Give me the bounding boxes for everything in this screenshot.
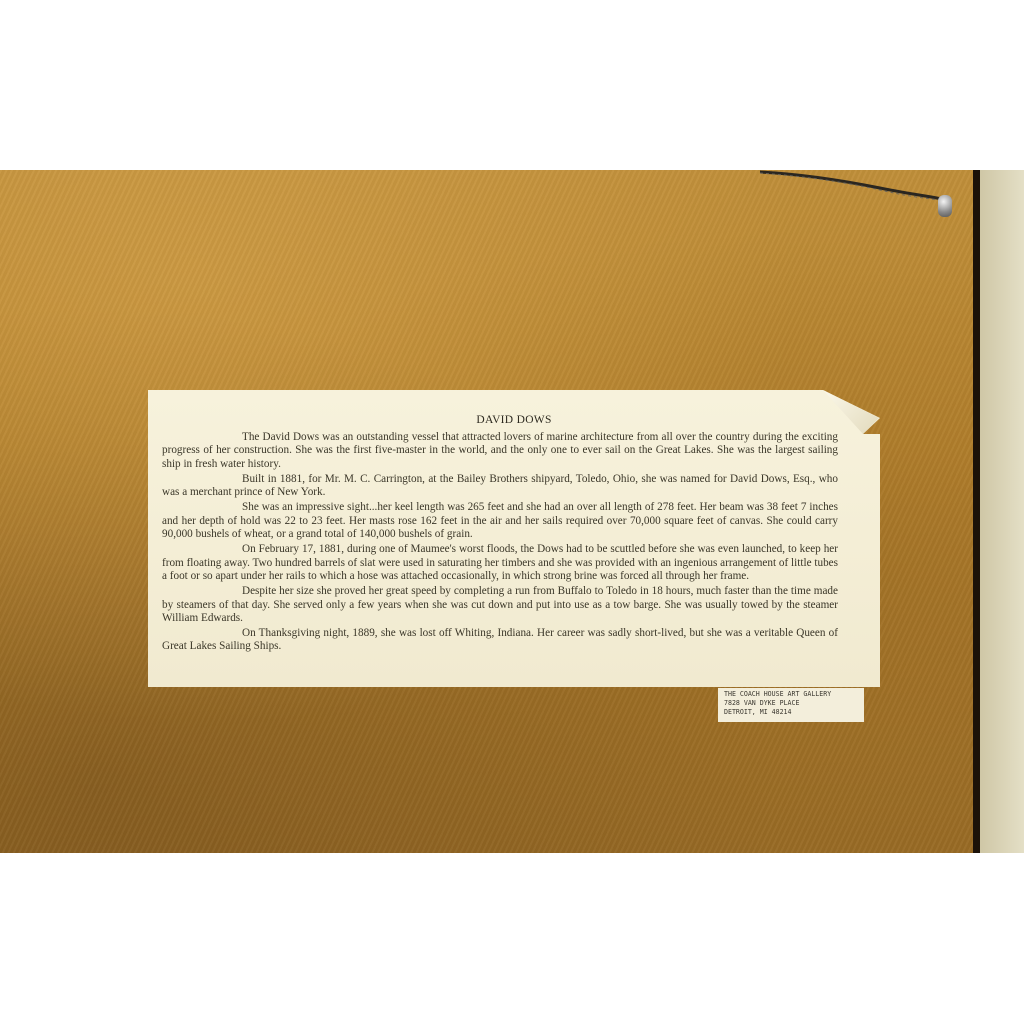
wall-background [980, 170, 1024, 853]
screw-eye-icon [938, 195, 952, 217]
stamp-line-2: 7828 VAN DYKE PLACE [724, 699, 864, 708]
paragraph: On February 17, 1881, during one of Maum… [162, 543, 838, 583]
paragraph: Built in 1881, for Mr. M. C. Carrington,… [162, 473, 838, 500]
label-body: The David Dows was an outstanding vessel… [162, 431, 838, 656]
gallery-stamp: THE COACH HOUSE ART GALLERY 7828 VAN DYK… [718, 688, 864, 722]
stamp-line-1: THE COACH HOUSE ART GALLERY [724, 690, 864, 699]
frame-edge [973, 170, 980, 853]
history-label: DAVID DOWS The David Dows was an outstan… [148, 390, 880, 687]
hanging-wire-icon [760, 170, 960, 220]
paragraph: She was an impressive sight...her keel l… [162, 501, 838, 541]
stamp-line-3: DETROIT, MI 48214 [724, 708, 864, 717]
paragraph: Despite her size she proved her great sp… [162, 585, 838, 625]
paragraph: On Thanksgiving night, 1889, she was los… [162, 627, 838, 654]
photo: DAVID DOWS The David Dows was an outstan… [0, 170, 1024, 853]
label-title: DAVID DOWS [148, 414, 880, 426]
paragraph: The David Dows was an outstanding vessel… [162, 431, 838, 471]
